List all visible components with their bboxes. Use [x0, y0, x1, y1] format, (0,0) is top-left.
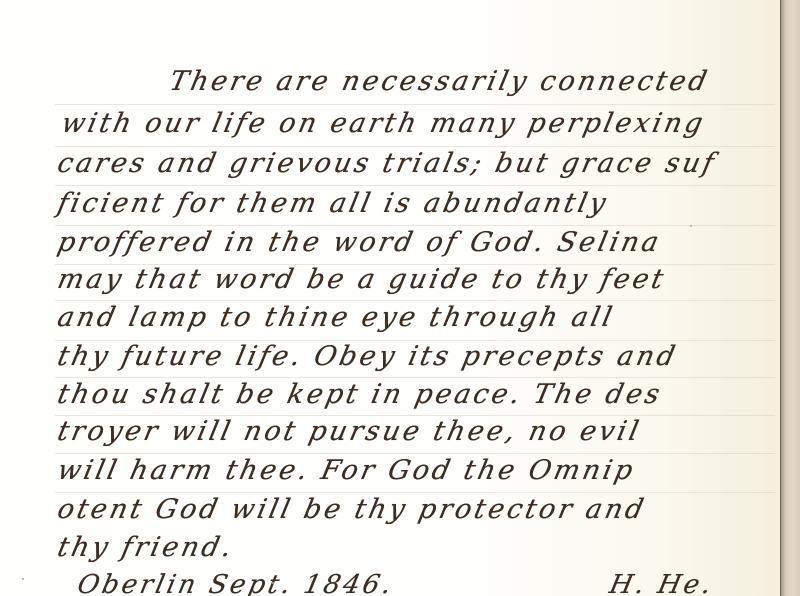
text-line-5: proffered in the word of God. Selina: [55, 227, 665, 258]
text-line-1: There are necessarily connected: [167, 66, 713, 97]
text-line-13: thy friend.: [55, 532, 237, 563]
ruled-line: [55, 492, 775, 493]
ruled-line: [55, 225, 775, 226]
text-line-4: ficient for them all is abundantly: [55, 188, 612, 219]
ruled-line: [55, 146, 775, 147]
ruled-line: [55, 300, 775, 301]
text-line-6: may that word be a guide to thy feet: [55, 264, 669, 295]
manuscript-page: There are necessarily connected with our…: [0, 0, 780, 596]
ruled-line: [55, 453, 775, 454]
text-line-8: thy future life. Obey its precepts and: [55, 341, 681, 372]
paper-speck: [272, 582, 274, 584]
ruled-line: [55, 104, 775, 105]
paper-speck: [690, 225, 692, 227]
text-line-3: cares and grievous trials; but grace suf: [55, 148, 720, 179]
ruled-line: [55, 185, 775, 186]
text-line-7: and lamp to thine eye through all: [55, 302, 618, 333]
text-line-2: with our life on earth many perplexing: [59, 108, 709, 139]
text-line-11: will harm thee. For God the Omnip: [55, 455, 639, 486]
text-line-12: otent God will be thy protector and: [55, 494, 649, 525]
ruled-line: [55, 377, 775, 378]
place-and-date: Oberlin Sept. 1846.: [75, 570, 397, 596]
text-line-9: thou shalt be kept in peace. The des: [55, 379, 666, 410]
signature: H. He.: [607, 570, 717, 596]
text-line-10: troyer will not pursue thee, no evil: [55, 416, 644, 447]
page-edge: [780, 0, 800, 596]
paper-speck: [22, 578, 24, 580]
